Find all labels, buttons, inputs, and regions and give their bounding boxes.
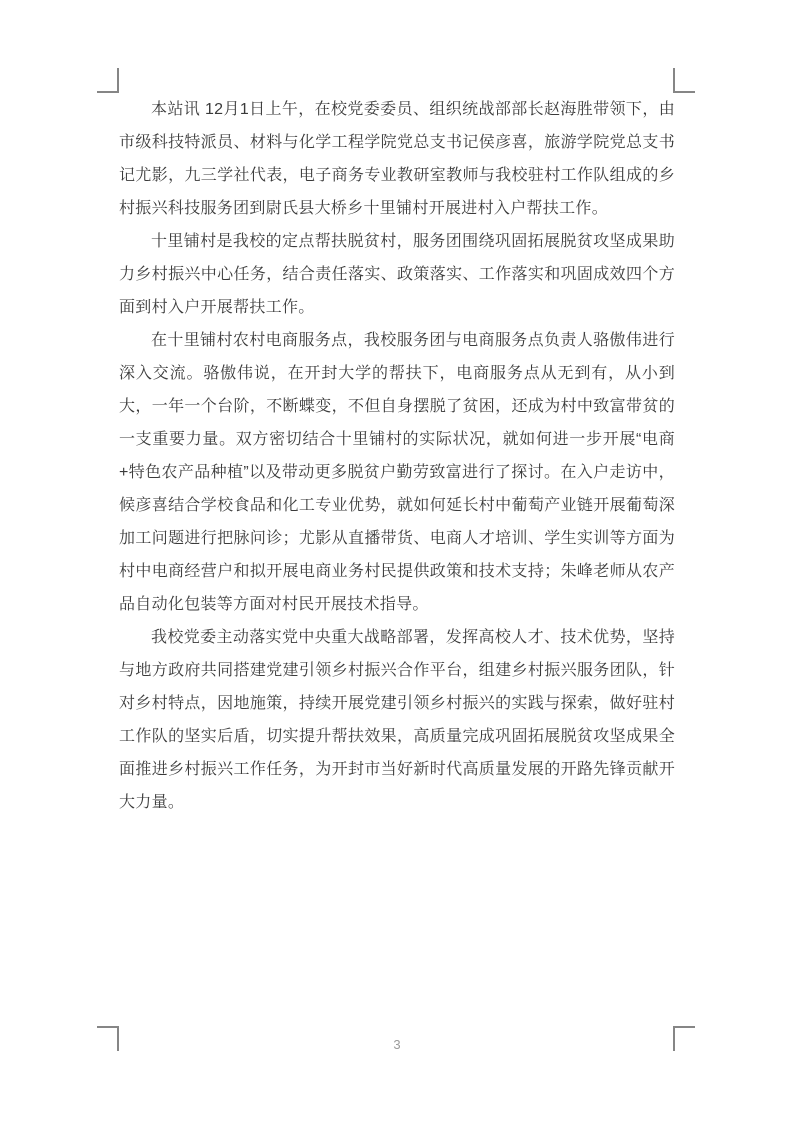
page-number: 3 xyxy=(0,1036,794,1054)
article-paragraph: 本站讯 12月1日上午，在校党委委员、组织统战部部长赵海胜带领下，由市级科技特派… xyxy=(119,93,675,225)
article-paragraph: 我校党委主动落实党中央重大战略部署，发挥高校人才、技术优势，坚持与地方政府共同搭… xyxy=(119,621,675,819)
text-boundary-mark-top-left xyxy=(97,68,119,93)
article-paragraph: 十里铺村是我校的定点帮扶脱贫村，服务团围绕巩固拓展脱贫攻坚成果助力乡村振兴中心任… xyxy=(119,225,675,324)
article-body: 本站讯 12月1日上午，在校党委委员、组织统战部部长赵海胜带领下，由市级科技特派… xyxy=(119,93,675,819)
document-page: 本站讯 12月1日上午，在校党委委员、组织统战部部长赵海胜带领下，由市级科技特派… xyxy=(0,0,794,1123)
text-boundary-mark-top-right xyxy=(673,68,695,93)
article-paragraph: 在十里铺村农村电商服务点，我校服务团与电商服务点负责人骆傲伟进行深入交流。骆傲伟… xyxy=(119,324,675,621)
